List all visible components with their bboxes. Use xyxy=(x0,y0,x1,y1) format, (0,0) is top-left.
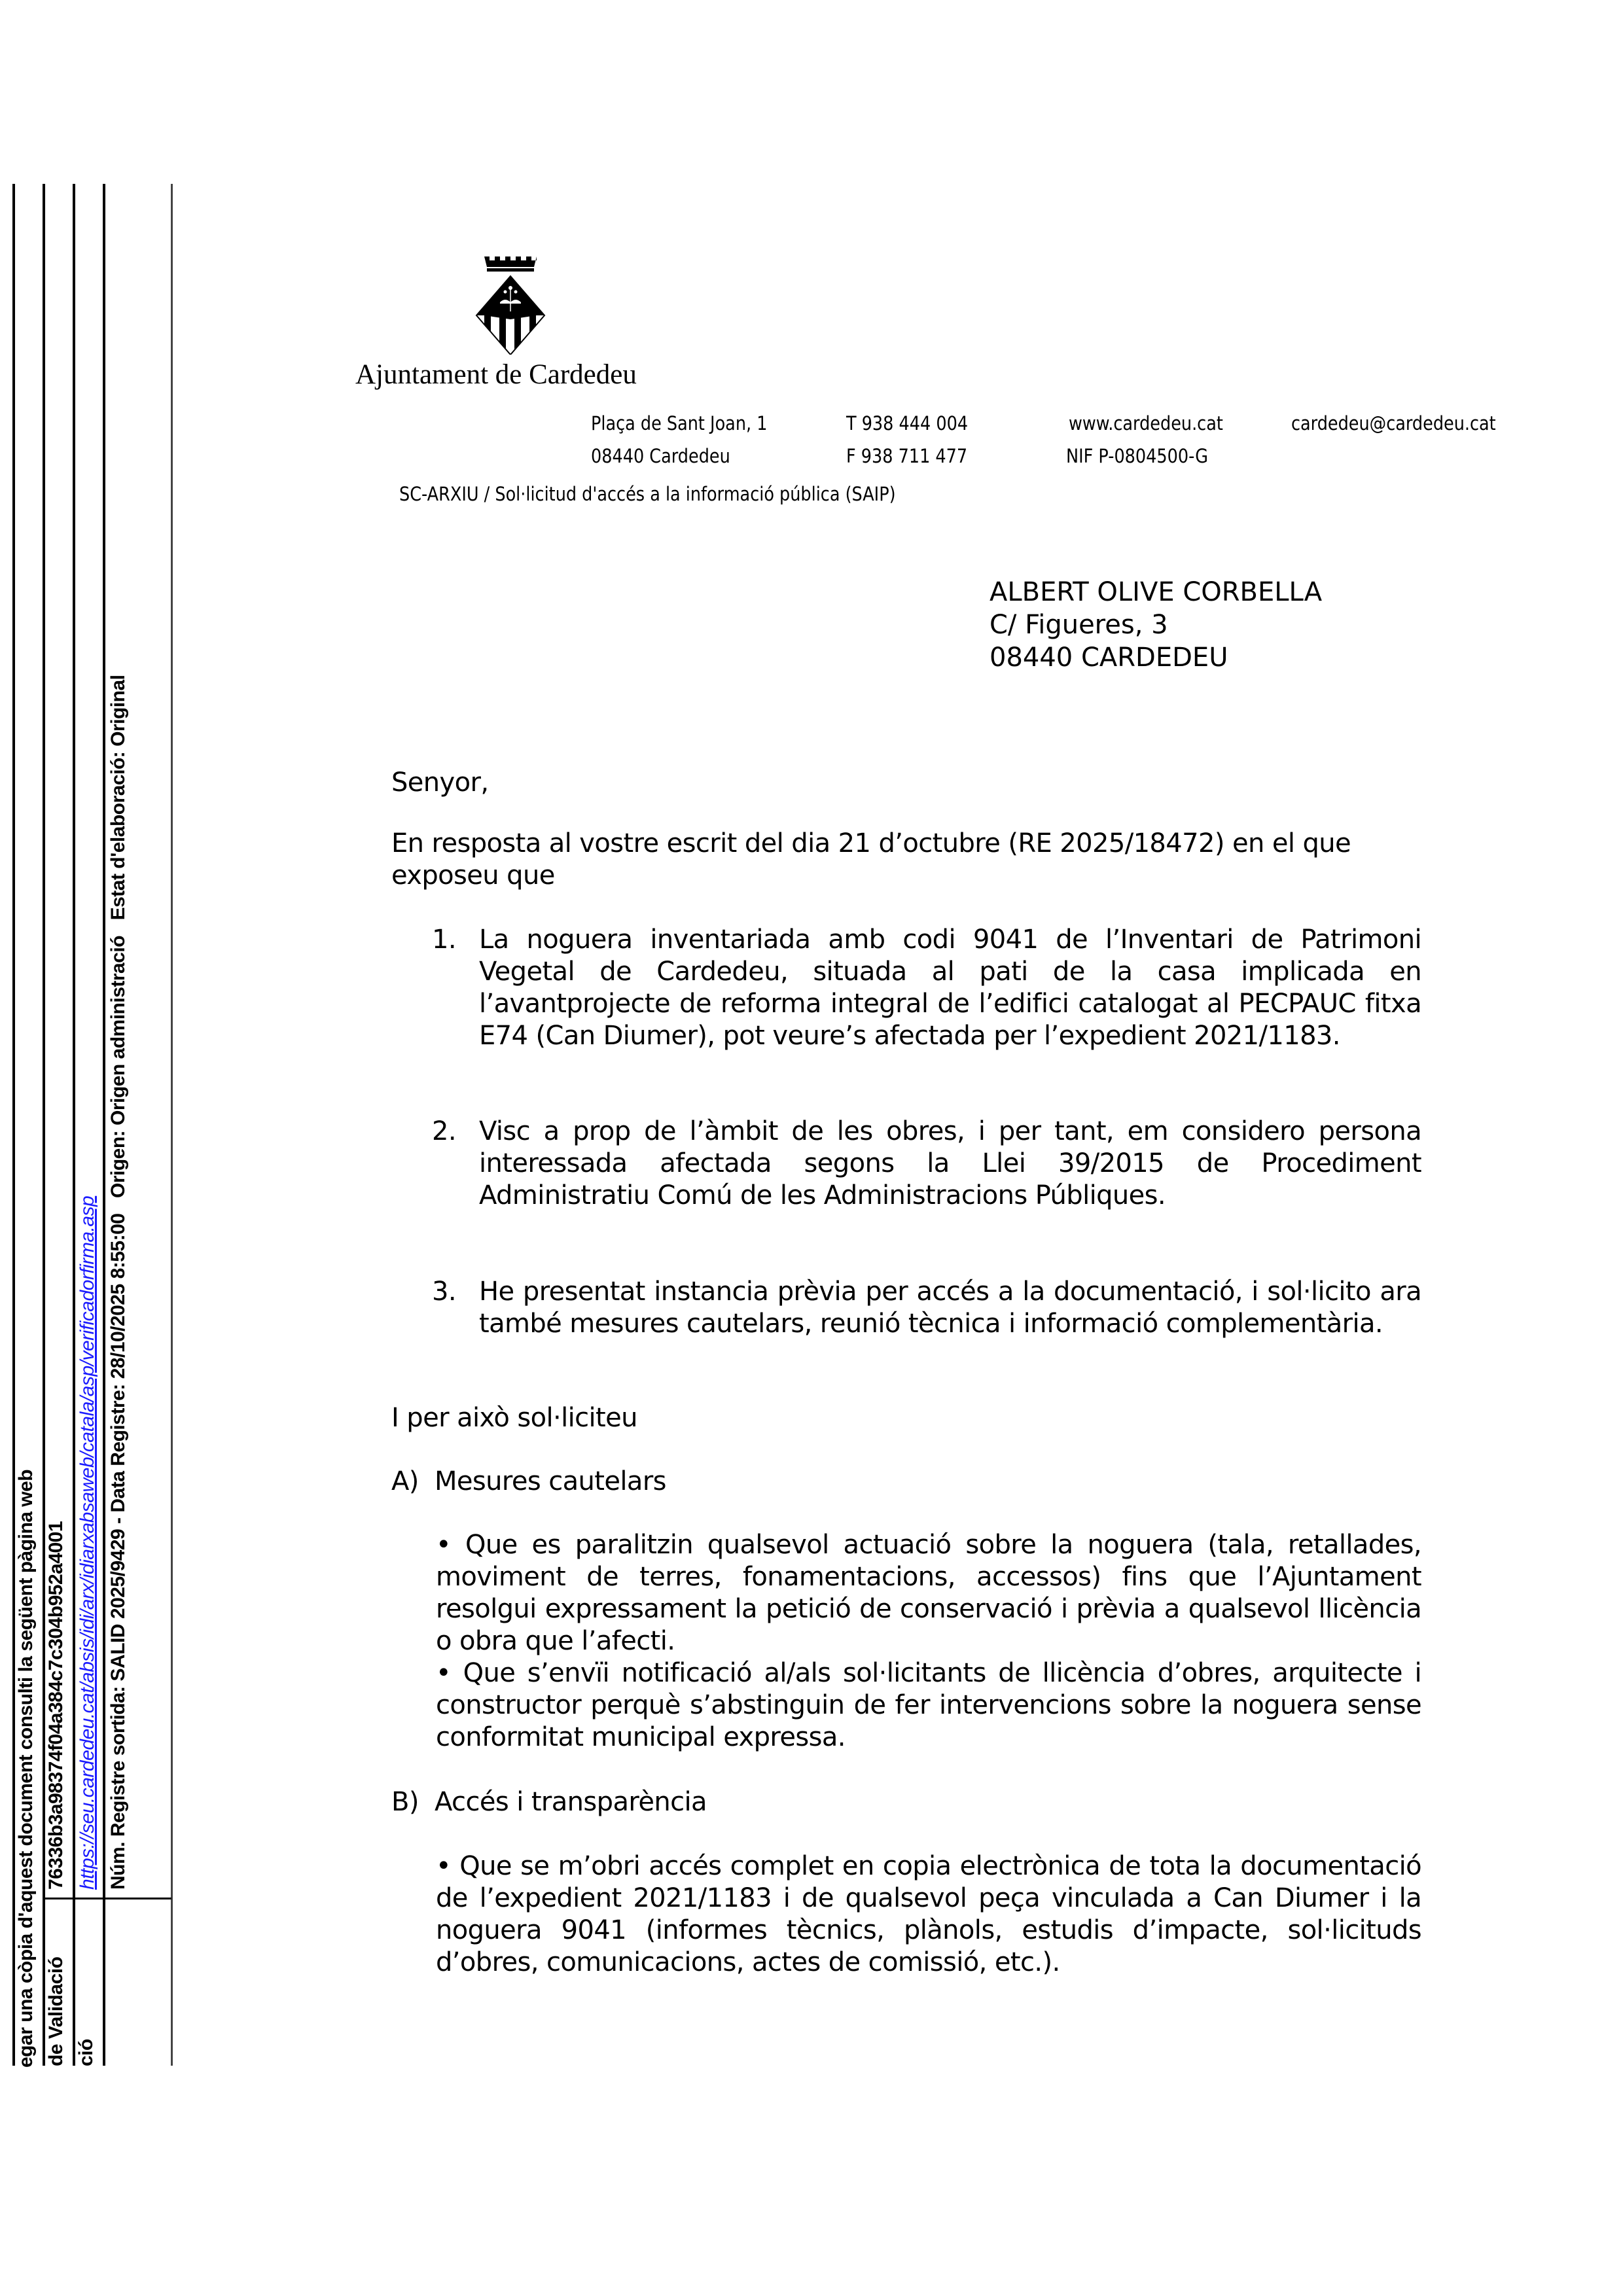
address-line2: 08440 Cardedeu xyxy=(591,445,730,467)
list-item-number: 2. xyxy=(432,1116,456,1148)
copy-notice: egar una còpia d'aquest document consult… xyxy=(14,1470,38,2068)
section-letter: A) xyxy=(391,1466,435,1498)
validation-code-label: de Validació xyxy=(45,1957,68,2066)
procedure-reference: SC-ARXIU / Sol·licitud d'accés a la info… xyxy=(399,483,896,505)
registry-number: Núm. Registre sortida: SALID 2025/9429 -… xyxy=(107,1214,129,1890)
section-a-bullets: • Que es paralitzin qualsevol actuació s… xyxy=(436,1529,1421,1754)
recipient-street: C/ Figueres, 3 xyxy=(990,609,1322,641)
bullet-item: • Que es paralitzin qualsevol actuació s… xyxy=(436,1529,1421,1657)
address-line1: Plaça de Sant Joan, 1 xyxy=(591,412,767,434)
section-title: Accés i transparència xyxy=(435,1787,707,1817)
list-item-number: 3. xyxy=(432,1276,456,1308)
salutation: Senyor, xyxy=(391,767,1421,799)
request-intro: I per això sol·liciteu xyxy=(391,1402,1421,1434)
list-item: 1. La noguera inventariada amb codi 9041… xyxy=(432,924,1421,1052)
coat-of-arms-icon xyxy=(471,256,550,355)
section-title: Mesures cautelars xyxy=(435,1466,666,1496)
nif: NIF P-0804500-G xyxy=(1066,445,1208,467)
list-item: 2. Visc a prop de l’àmbit de les obres, … xyxy=(432,1116,1421,1212)
validation-code-value: 76336b3a98374f04a384c7c304b952a4001 xyxy=(45,1521,68,1890)
fax: F 938 711 477 xyxy=(846,445,967,467)
recipient-address: ALBERT OLIVE CORBELLA C/ Figueres, 3 084… xyxy=(990,576,1322,674)
verification-url-link[interactable]: https://seu.cardedeu.cat/absis/idi/arx/i… xyxy=(76,1196,99,1890)
list-item-text: Visc a prop de l’àmbit de les obres, i p… xyxy=(479,1116,1421,1212)
section-letter: B) xyxy=(391,1786,435,1818)
strip-divider-3 xyxy=(103,184,105,2066)
intro-paragraph: En resposta al vostre escrit del dia 21 … xyxy=(391,828,1421,892)
section-heading-b: B)Accés i transparència xyxy=(391,1786,707,1818)
list-item-number: 1. xyxy=(432,924,456,956)
phone: T 938 444 004 xyxy=(846,412,968,434)
list-item-text: He presentat instancia prèvia per accés … xyxy=(479,1276,1421,1340)
email-link[interactable]: cardedeu@cardedeu.cat xyxy=(1291,412,1496,434)
recipient-city: 08440 CARDEDEU xyxy=(990,641,1322,674)
section-heading-a: A)Mesures cautelars xyxy=(391,1466,666,1498)
registry-status: Estat d'elaboració: Original xyxy=(107,675,129,921)
list-item-text: La noguera inventariada amb codi 9041 de… xyxy=(479,924,1421,1052)
strip-border-right xyxy=(171,184,173,2066)
strip-divider-2 xyxy=(73,184,75,2066)
website-link[interactable]: www.cardedeu.cat xyxy=(1069,412,1223,434)
recipient-name: ALBERT OLIVE CORBELLA xyxy=(990,576,1322,609)
org-name: Ajuntament de Cardedeu xyxy=(355,359,637,391)
bullet-item: • Que s’envïi notificació al/als sol·lic… xyxy=(436,1657,1421,1754)
registry-origin: Origen: Origen administració xyxy=(107,936,129,1198)
strip-row-divider xyxy=(43,1898,171,1899)
bullet-item: • Que se m’obri accés complet en copia e… xyxy=(436,1850,1421,1979)
verification-url-label: ció xyxy=(75,2039,98,2066)
list-item: 3. He presentat instancia prèvia per acc… xyxy=(432,1276,1421,1340)
registry-info: Núm. Registre sortida: SALID 2025/9429 -… xyxy=(107,675,130,1890)
section-b-bullets: • Que se m’obri accés complet en copia e… xyxy=(436,1850,1421,1979)
